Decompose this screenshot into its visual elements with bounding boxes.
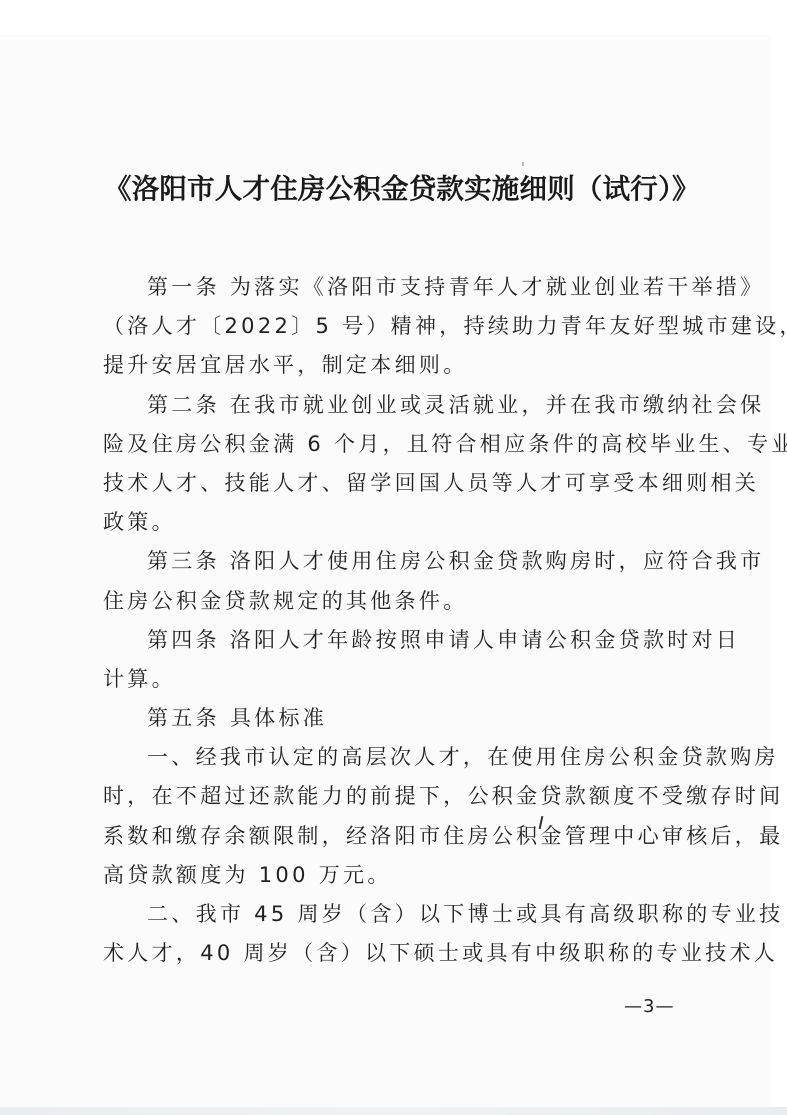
article-1-line-2: （洛人才〔2022〕5 号）精神，持续助力青年友好型城市建设，	[103, 307, 675, 346]
article-4-line-2: 计算。	[103, 660, 675, 699]
article-1-line-1: 第一条 为落实《洛阳市支持青年人才就业创业若干举措》	[103, 268, 675, 307]
article-5-item-2-line-2: 术人才，40 周岁（含）以下硕士或具有中级职称的专业技术人	[103, 934, 675, 973]
article-2-line-2: 险及住房公积金满 6 个月，且符合相应条件的高校毕业生、专业	[103, 425, 675, 464]
article-5-item-2-line-1: 二、我市 45 周岁（含）以下博士或具有高级职称的专业技	[103, 895, 675, 934]
article-5-heading: 第五条 具体标准	[103, 699, 675, 738]
article-2-line-3: 技术人才、技能人才、留学回国人员等人才可享受本细则相关	[103, 464, 675, 503]
article-5-item-1-line-1: 一、经我市认定的高层次人才，在使用住房公积金贷款购房	[103, 738, 675, 777]
article-4-line-1: 第四条 洛阳人才年龄按照申请人申请公积金贷款时对日	[103, 621, 675, 660]
document-body: 第一条 为落实《洛阳市支持青年人才就业创业若干举措》 （洛人才〔2022〕5 号…	[103, 268, 675, 973]
article-3-line-2: 住房公积金贷款规定的其他条件。	[103, 582, 675, 621]
document-title: 《洛阳市人才住房公积金贷款实施细则（试行）》	[104, 166, 684, 212]
article-2-line-4: 政策。	[103, 503, 675, 542]
article-5-item-1-line-3: 系数和缴存余额限制，经洛阳市住房公积金管理中心审核后，最	[103, 817, 675, 856]
article-3-line-1: 第三条 洛阳人才使用住房公积金贷款购房时，应符合我市	[103, 542, 675, 581]
scan-edge-strip	[0, 1107, 787, 1115]
article-2-line-1: 第二条 在我市就业创业或灵活就业，并在我市缴纳社会保	[103, 386, 675, 425]
article-5-item-1-line-2: 时，在不超过还款能力的前提下，公积金贷款额度不受缴存时间	[103, 777, 675, 816]
article-5-item-1-line-4: 高贷款额度为 100 万元。	[103, 856, 675, 895]
page-number: —3—	[624, 996, 674, 1017]
article-1-line-3: 提升安居宜居水平，制定本细则。	[103, 346, 675, 385]
